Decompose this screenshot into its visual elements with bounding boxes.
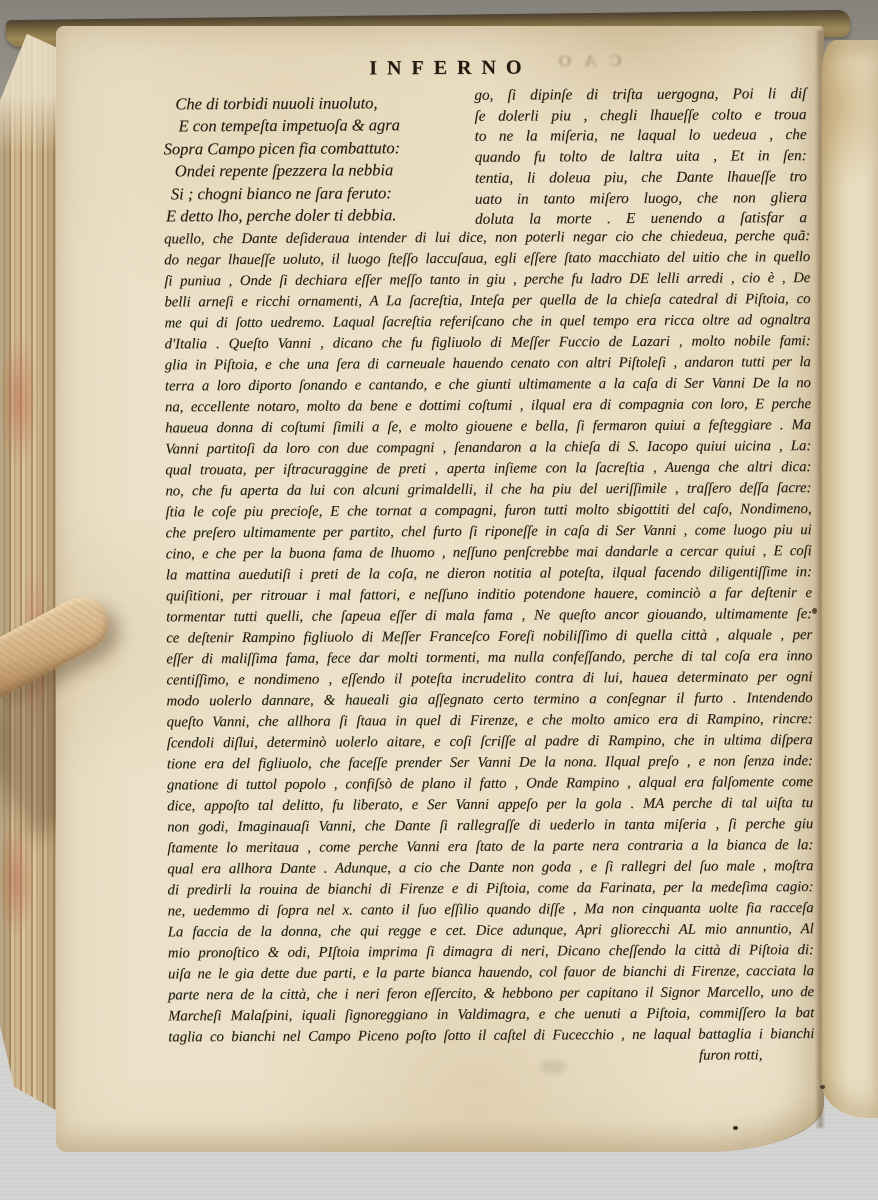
ink-speck bbox=[820, 1085, 825, 1089]
commentary-last-line-wrap: furon rotti, bbox=[168, 1045, 814, 1069]
verse-line: Ondei repente ſpezzera la nebbia bbox=[175, 159, 466, 183]
verse-line: Che di torbidi nuuoli inuoluto, bbox=[175, 92, 465, 116]
verse-line: Si ; chogni bianco ne ſara feruto: bbox=[171, 181, 466, 205]
verse-line: E detto lho, perche doler ti debbia. bbox=[166, 204, 466, 228]
verse-line: Sopra Campo picen fia combattuto: bbox=[164, 137, 466, 161]
ink-speck bbox=[733, 1126, 738, 1130]
commentary-line: quando fu tolto de laltra uita , Et in ſ… bbox=[475, 146, 807, 168]
wormhole-speck bbox=[812, 608, 817, 614]
commentary-line: tentia, li doleua piu, che Dante lhaueſſ… bbox=[475, 167, 807, 189]
commentary-last-line: furon rotti, bbox=[168, 1045, 814, 1069]
commentary-line: uato in tanto miſero luogo, che non glie… bbox=[475, 188, 807, 210]
running-title: INFERNO bbox=[369, 56, 579, 80]
verse-line: E con tempeſta impetuoſa & agra bbox=[178, 114, 465, 138]
commentary-body: quello, che Dante deſideraua intender di… bbox=[164, 226, 814, 1048]
commentary-right-column: go, ſi dipinſe di triſta uergogna, Poi l… bbox=[474, 84, 807, 231]
printed-text-layer: CAO INFERNO Che di torbidi nuuoli inuolu… bbox=[0, 0, 878, 1200]
commentary-line: go, ſi dipinſe di triſta uergogna, Poi l… bbox=[474, 84, 806, 106]
faint-stain bbox=[540, 1060, 566, 1074]
commentary-line: to ne la miſeria, ne laqual lo uedeua , … bbox=[475, 125, 807, 147]
verse-column: Che di torbidi nuuoli inuoluto,E con tem… bbox=[163, 92, 466, 228]
commentary-line: ſe dolerli piu , chegli lhaueſſe colto e… bbox=[474, 105, 806, 127]
